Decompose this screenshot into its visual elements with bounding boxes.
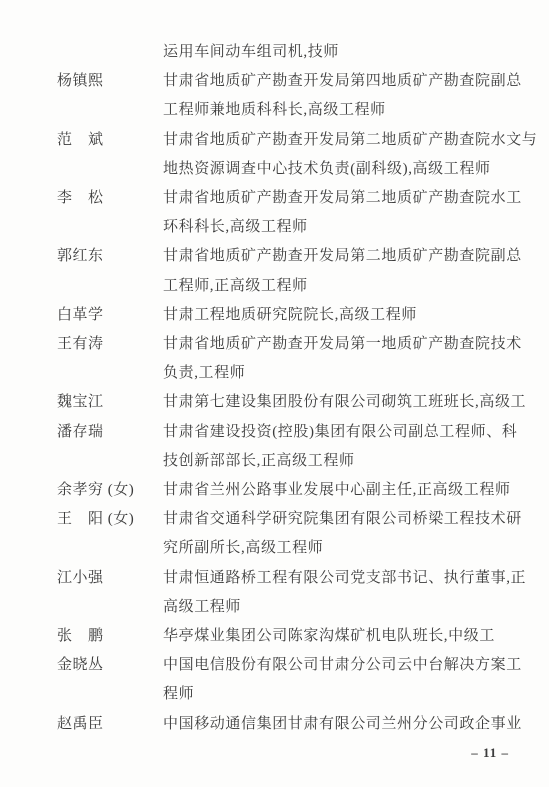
list-entry: 王 阳 (女) 甘肃省交通科学研究院集团有限公司桥梁工程技术研究所副所长,高级工… [57,505,543,563]
entry-line: 环科科长,高级工程师 [163,213,543,242]
entry-name: 张 鹏 [57,622,163,651]
entry-line: 甘肃第七建设集团股份有限公司砌筑工班班长,高级工 [163,388,543,417]
list-entry: 运用车间动车组司机,技师 [57,38,543,67]
document-page: 运用车间动车组司机,技师 杨镇熙 甘肃省地质矿产勘查开发局第四地质矿产勘查院副总… [0,0,549,787]
entry-name: 杨镇熙 [57,67,163,96]
entry-description: 甘肃省地质矿产勘查开发局第二地质矿产勘查院水文与地热资源调查中心技术负责(副科级… [163,126,543,184]
entry-description: 甘肃省兰州公路事业发展中心副主任,正高级工程师 [163,476,543,505]
entry-description: 华亭煤业集团公司陈家沟煤矿机电队班长,中级工 [163,622,543,651]
entry-line: 甘肃省地质矿产勘查开发局第四地质矿产勘查院副总 [163,67,543,96]
list-entry: 余孝穷 (女) 甘肃省兰州公路事业发展中心副主任,正高级工程师 [57,476,543,505]
entry-line: 中国电信股份有限公司甘肃分公司云中台解决方案工 [163,651,543,680]
entry-name: 范 斌 [57,126,163,155]
entry-line: 甘肃省交通科学研究院集团有限公司桥梁工程技术研 [163,505,543,534]
entry-description: 甘肃恒通路桥工程有限公司党支部书记、执行董事,正高级工程师 [163,564,543,622]
entry-line: 甘肃恒通路桥工程有限公司党支部书记、执行董事,正 [163,564,543,593]
entry-line: 甘肃省兰州公路事业发展中心副主任,正高级工程师 [163,476,543,505]
entry-line: 工程师,正高级工程师 [163,272,543,301]
list-entry: 潘存瑞 甘肃省建设投资(控股)集团有限公司副总工程师、科技创新部部长,正高级工程… [57,418,543,476]
entry-description: 中国电信股份有限公司甘肃分公司云中台解决方案工程师 [163,651,543,709]
entry-name: 郭红东 [57,242,163,271]
entry-line: 甘肃省建设投资(控股)集团有限公司副总工程师、科 [163,418,543,447]
entry-line: 程师 [163,680,543,709]
entry-line: 地热资源调查中心技术负责(副科级),高级工程师 [163,155,543,184]
entry-description: 甘肃省建设投资(控股)集团有限公司副总工程师、科技创新部部长,正高级工程师 [163,418,543,476]
entry-description: 甘肃第七建设集团股份有限公司砌筑工班班长,高级工 [163,388,543,417]
entry-description: 甘肃省地质矿产勘查开发局第二地质矿产勘查院副总工程师,正高级工程师 [163,242,543,300]
entry-description: 甘肃省交通科学研究院集团有限公司桥梁工程技术研究所副所长,高级工程师 [163,505,543,563]
entry-line: 中国移动通信集团甘肃有限公司兰州分公司政企事业 [163,710,543,739]
entry-line: 工程师兼地质科科长,高级工程师 [163,96,543,125]
entry-name: 魏宝江 [57,388,163,417]
entry-line: 甘肃省地质矿产勘查开发局第一地质矿产勘查院技术 [163,330,543,359]
list-entry: 李 松 甘肃省地质矿产勘查开发局第二地质矿产勘查院水工环科科长,高级工程师 [57,184,543,242]
entry-line: 技创新部部长,正高级工程师 [163,447,543,476]
entry-name: 赵禹臣 [57,710,163,739]
list-entry: 张 鹏 华亭煤业集团公司陈家沟煤矿机电队班长,中级工 [57,622,543,651]
page-number: – 11 – [471,745,509,761]
entry-description: 甘肃省地质矿产勘查开发局第四地质矿产勘查院副总工程师兼地质科科长,高级工程师 [163,67,543,125]
entry-name: 余孝穷 (女) [57,476,163,505]
list-entry: 范 斌 甘肃省地质矿产勘查开发局第二地质矿产勘查院水文与地热资源调查中心技术负责… [57,126,543,184]
honoree-list: 运用车间动车组司机,技师 杨镇熙 甘肃省地质矿产勘查开发局第四地质矿产勘查院副总… [57,38,543,739]
entry-description: 甘肃省地质矿产勘查开发局第一地质矿产勘查院技术负责,工程师 [163,330,543,388]
list-entry: 魏宝江 甘肃第七建设集团股份有限公司砌筑工班班长,高级工 [57,388,543,417]
list-entry: 郭红东 甘肃省地质矿产勘查开发局第二地质矿产勘查院副总工程师,正高级工程师 [57,242,543,300]
entry-name: 王有涛 [57,330,163,359]
entry-line: 高级工程师 [163,593,543,622]
entry-line: 甘肃省地质矿产勘查开发局第二地质矿产勘查院水文与 [163,126,543,155]
list-entry: 王有涛 甘肃省地质矿产勘查开发局第一地质矿产勘查院技术负责,工程师 [57,330,543,388]
entry-line: 甘肃省地质矿产勘查开发局第二地质矿产勘查院水工 [163,184,543,213]
list-entry: 赵禹臣 中国移动通信集团甘肃有限公司兰州分公司政企事业 [57,710,543,739]
entry-line: 华亭煤业集团公司陈家沟煤矿机电队班长,中级工 [163,622,543,651]
entry-description: 中国移动通信集团甘肃有限公司兰州分公司政企事业 [163,710,543,739]
list-entry: 江小强 甘肃恒通路桥工程有限公司党支部书记、执行董事,正高级工程师 [57,564,543,622]
entry-name: 李 松 [57,184,163,213]
entry-line: 究所副所长,高级工程师 [163,534,543,563]
entry-name: 王 阳 (女) [57,505,163,534]
entry-name: 潘存瑞 [57,418,163,447]
entry-description: 运用车间动车组司机,技师 [163,38,543,67]
entry-line: 甘肃工程地质研究院院长,高级工程师 [163,301,543,330]
entry-line: 运用车间动车组司机,技师 [163,38,543,67]
entry-name: 江小强 [57,564,163,593]
entry-description: 甘肃省地质矿产勘查开发局第二地质矿产勘查院水工环科科长,高级工程师 [163,184,543,242]
entry-line: 负责,工程师 [163,359,543,388]
entry-name: 金晓丛 [57,651,163,680]
list-entry: 金晓丛 中国电信股份有限公司甘肃分公司云中台解决方案工程师 [57,651,543,709]
entry-description: 甘肃工程地质研究院院长,高级工程师 [163,301,543,330]
entry-name: 白革学 [57,301,163,330]
list-entry: 白革学 甘肃工程地质研究院院长,高级工程师 [57,301,543,330]
entry-line: 甘肃省地质矿产勘查开发局第二地质矿产勘查院副总 [163,242,543,271]
list-entry: 杨镇熙 甘肃省地质矿产勘查开发局第四地质矿产勘查院副总工程师兼地质科科长,高级工… [57,67,543,125]
